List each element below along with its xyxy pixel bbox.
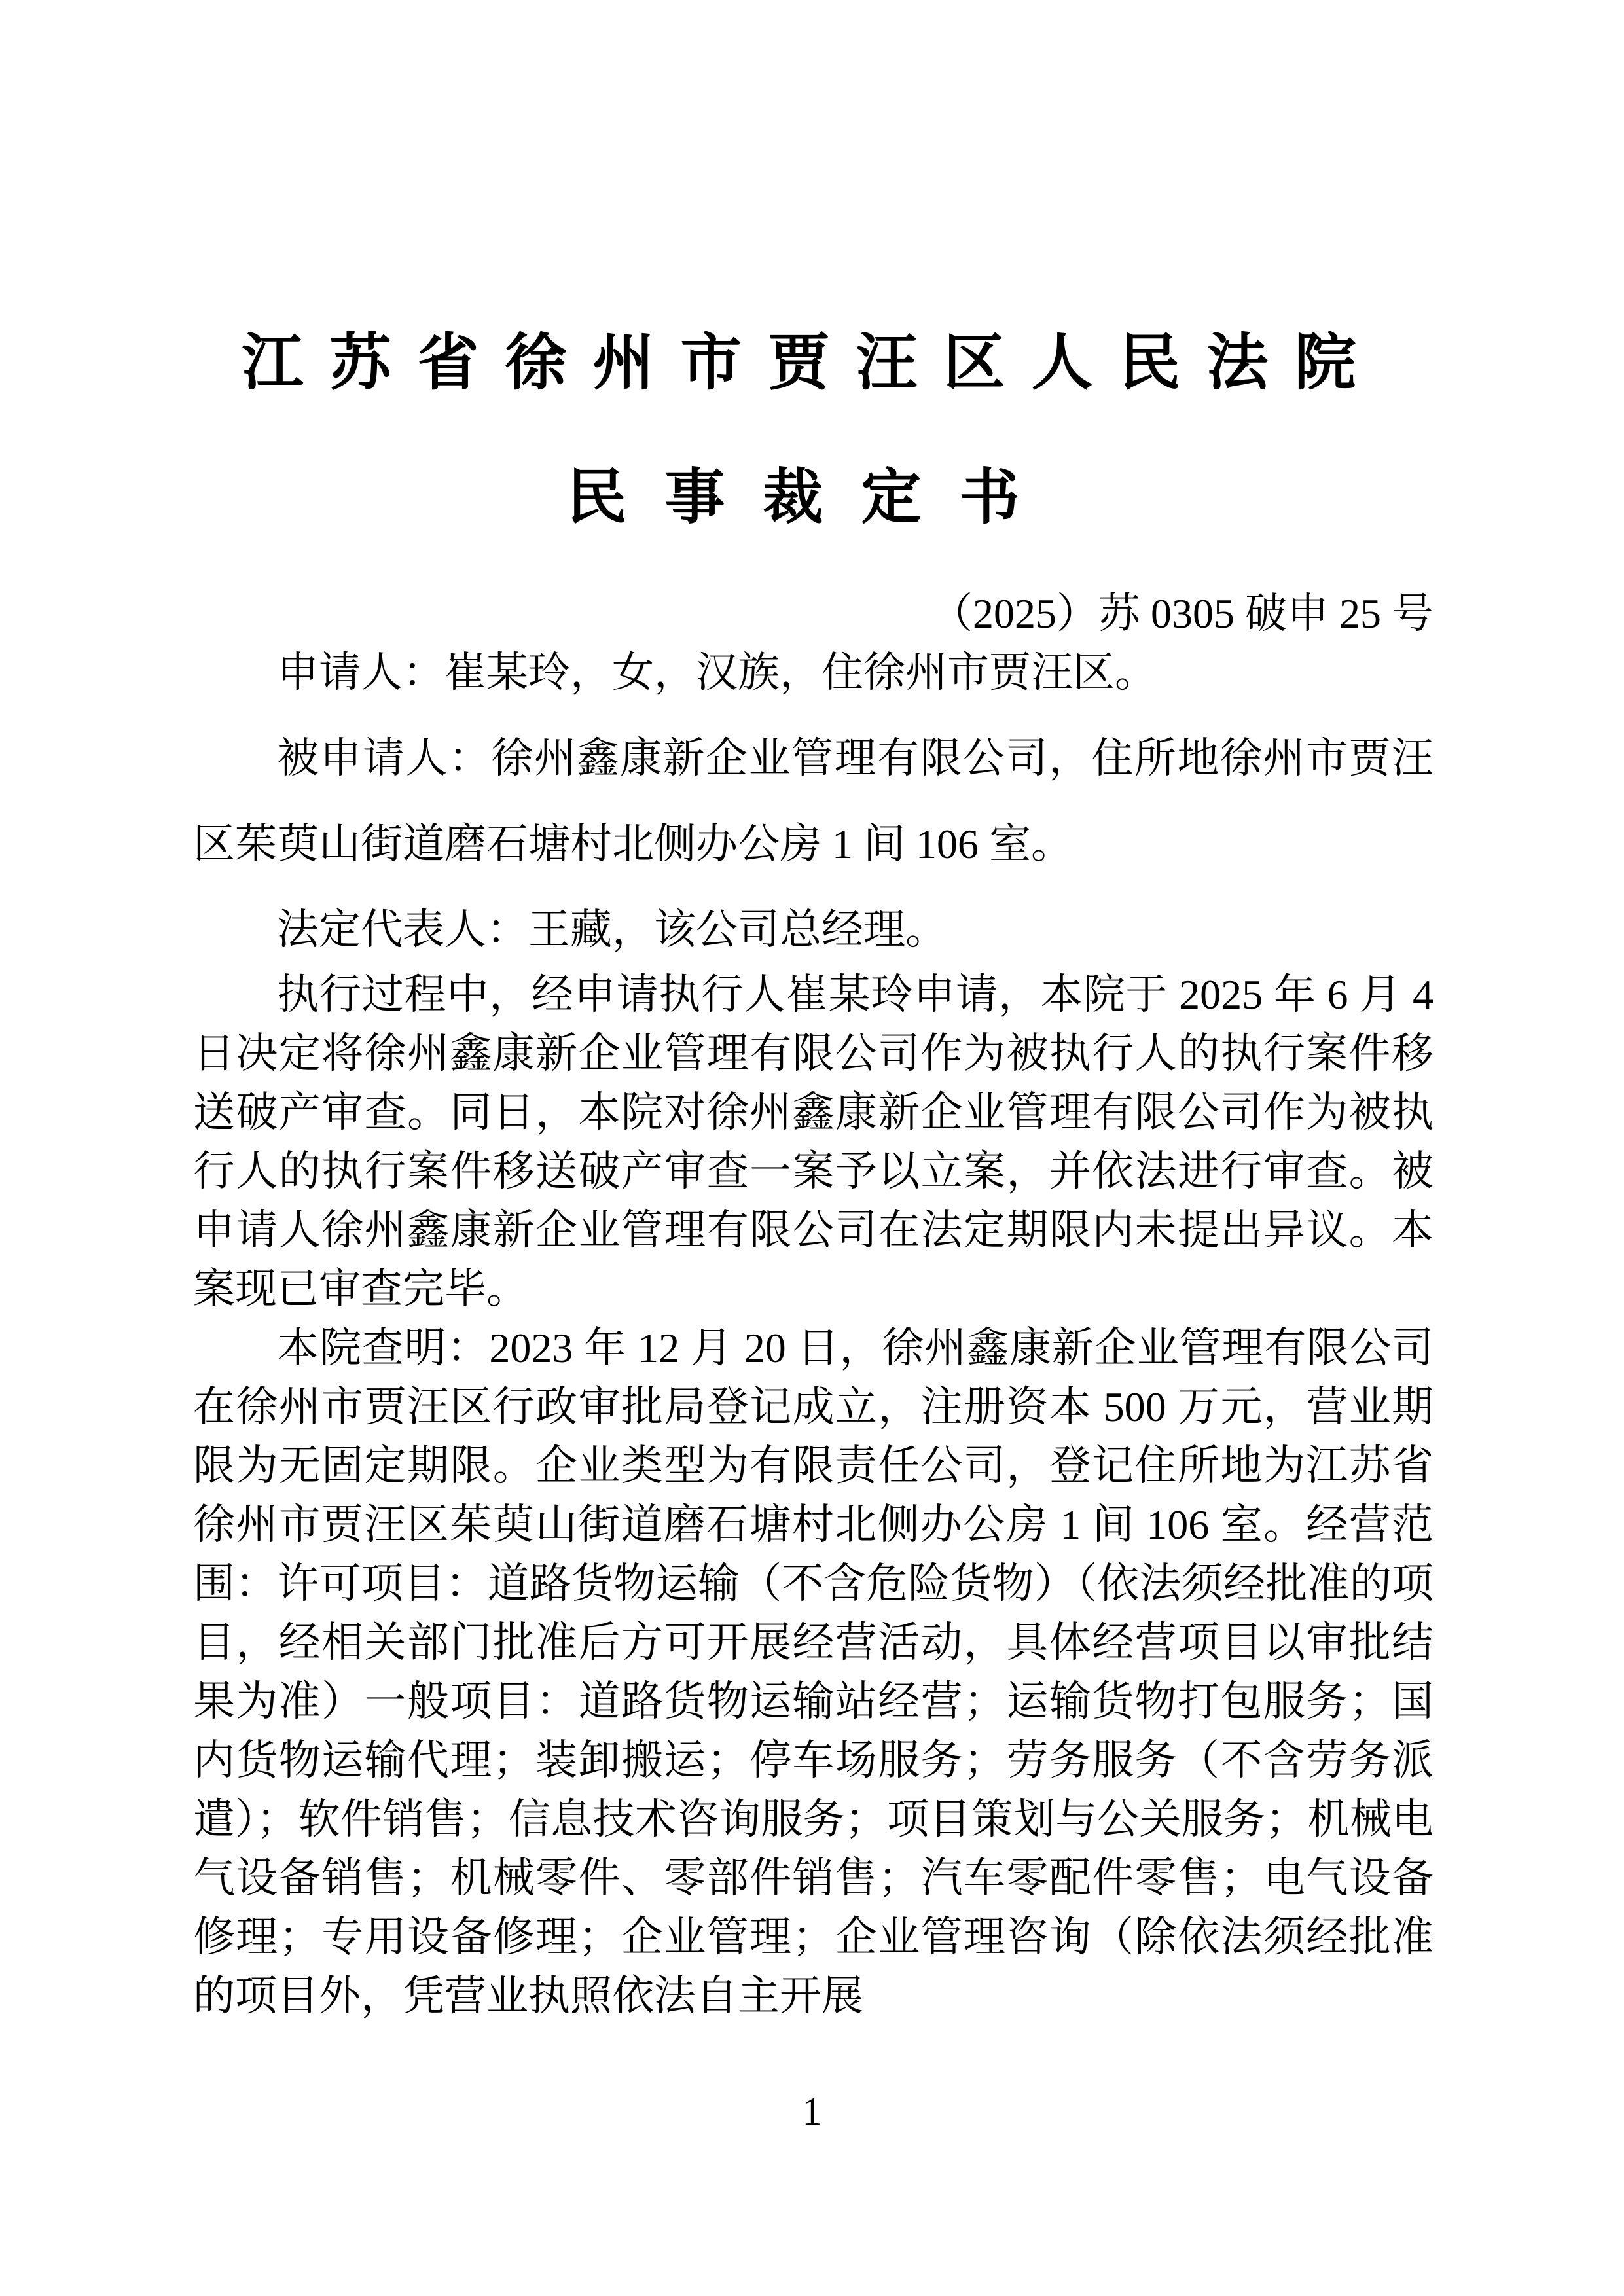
respondent-line: 被申请人：徐州鑫康新企业管理有限公司，住所地徐州市贾汪区茱萸山街道磨石塘村北侧办…	[193, 715, 1434, 887]
ruling-body: 执行过程中，经申请执行人崔某玲申请，本院于 2025 年 6 月 4 日决定将徐…	[193, 965, 1434, 2026]
document-title: 民事裁定书	[0, 449, 1624, 535]
court-name-heading: 江苏省徐州市贾汪区人民法院	[0, 313, 1624, 401]
page-number: 1	[0, 2089, 1624, 2134]
parties-section: 申请人：崔某玲，女，汉族，住徐州市贾汪区。 被申请人：徐州鑫康新企业管理有限公司…	[193, 630, 1434, 973]
document-page: 江苏省徐州市贾汪区人民法院 民事裁定书 （2025）苏 0305 破申 25 号…	[0, 0, 1624, 2296]
applicant-line: 申请人：崔某玲，女，汉族，住徐州市贾汪区。	[193, 630, 1434, 715]
legal-representative-line: 法定代表人：王藏，该公司总经理。	[193, 887, 1434, 973]
body-paragraph: 本院查明：2023 年 12 月 20 日，徐州鑫康新企业管理有限公司在徐州市贾…	[193, 1319, 1434, 2026]
body-paragraph: 执行过程中，经申请执行人崔某玲申请，本院于 2025 年 6 月 4 日决定将徐…	[193, 965, 1434, 1319]
